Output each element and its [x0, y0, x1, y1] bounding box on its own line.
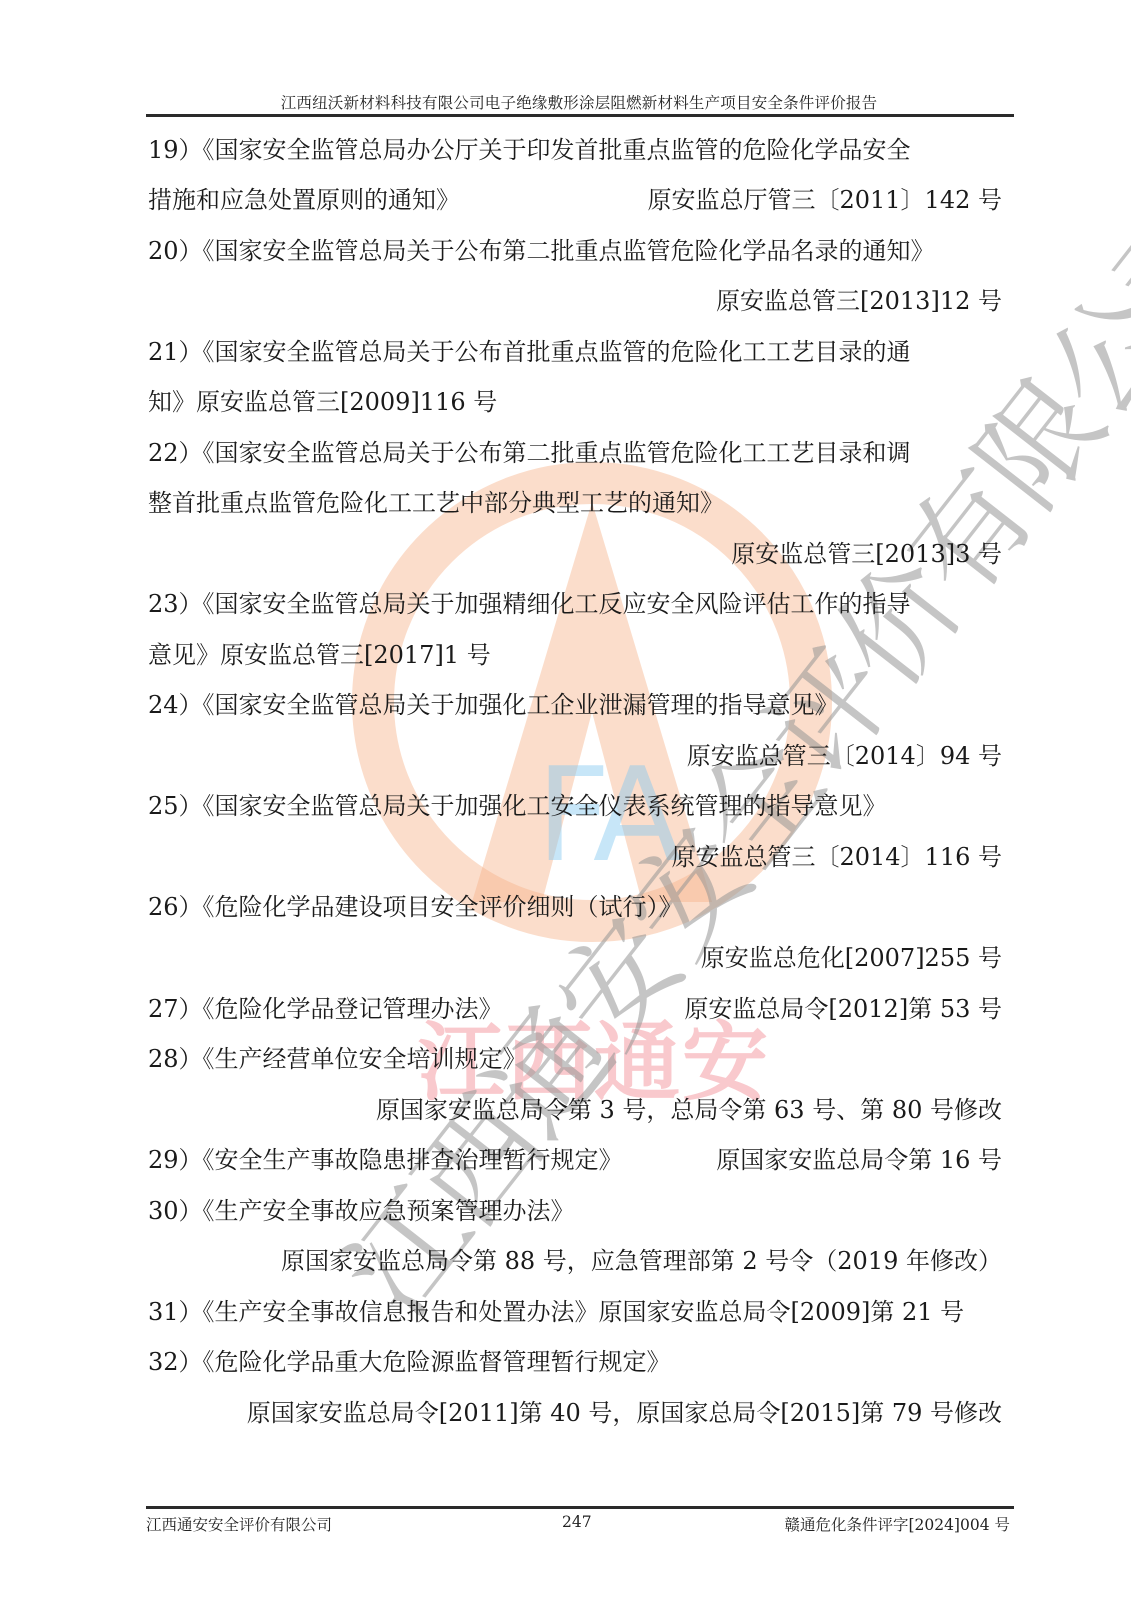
list-item-25-line-1: 25）《国家安全监管总局关于加强化工安全仪表系统管理的指导意见》	[148, 790, 1002, 822]
document-page: FA 江西通安 江西通安安全评价有限公司 江西纽沃新材料科技有限公司电子绝缘敷形…	[0, 0, 1131, 1600]
list-item-30-doc-number: 原国家安监总局令第 88 号，应急管理部第 2 号令（2019 年修改）	[148, 1245, 1002, 1277]
list-item-32-line-1: 32）《危险化学品重大危险源监督管理暂行规定》	[148, 1346, 1002, 1378]
footer-company: 江西通安安全评价有限公司	[146, 1513, 332, 1535]
list-item-24-line-1: 24）《国家安全监管总局关于加强化工企业泄漏管理的指导意见》	[148, 689, 1002, 721]
list-item-20-doc-number: 原安监总管三[2013]12 号	[148, 285, 1002, 317]
list-item-28-doc-number: 原国家安监总局令第 3 号，总局令第 63 号、第 80 号修改	[148, 1094, 1002, 1126]
list-item-20-line-1: 20）《国家安全监管总局关于公布第二批重点监管危险化学品名录的通知》	[148, 235, 1002, 267]
list-item-27-line-1: 27）《危险化学品登记管理办法》 原安监总局令[2012]第 53 号	[148, 993, 1002, 1025]
footer-page-number: 247	[562, 1513, 592, 1531]
list-item-32-doc-number: 原国家安监总局令[2011]第 40 号，原国家总局令[2015]第 79 号修…	[148, 1397, 1002, 1429]
list-item-25-doc-number: 原安监总管三〔2014〕116 号	[148, 841, 1002, 873]
list-item-doc-number: 原安监总局令[2012]第 53 号	[684, 993, 1002, 1025]
list-item-24-doc-number: 原安监总管三〔2014〕94 号	[148, 740, 1002, 772]
list-item-30-line-1: 30）《生产安全事故应急预案管理办法》	[148, 1195, 1002, 1227]
list-item-29-line-1: 29）《安全生产事故隐患排查治理暂行规定》 原国家安监总局令第 16 号	[148, 1144, 1002, 1176]
footer-divider	[146, 1506, 1014, 1509]
list-item-title-part: 27）《危险化学品登记管理办法》	[148, 993, 503, 1025]
list-item-19-line-2: 措施和应急处置原则的通知》 原安监总厅管三〔2011〕142 号	[148, 184, 1002, 216]
running-header-title: 江西纽沃新材料科技有限公司电子绝缘敷形涂层阻燃新材料生产项目安全条件评价报告	[148, 91, 1010, 113]
list-item-31-line-1: 31）《生产安全事故信息报告和处置办法》原国家安监总局令[2009]第 21 号	[148, 1296, 1002, 1328]
list-item-title-part: 29）《安全生产事故隐患排查治理暂行规定》	[148, 1144, 623, 1176]
list-item-23-line-1: 23）《国家安全监管总局关于加强精细化工反应安全风险评估工作的指导	[148, 588, 1002, 620]
list-item-26-line-1: 26）《危险化学品建设项目安全评价细则（试行）》	[148, 891, 1002, 923]
list-item-21-line-1: 21）《国家安全监管总局关于公布首批重点监管的危险化工工艺目录的通	[148, 336, 1002, 368]
list-item-28-line-1: 28）《生产经营单位安全培训规定》	[148, 1043, 1002, 1075]
list-item-doc-number: 原国家安监总局令第 16 号	[716, 1144, 1002, 1176]
list-item-19-line-1: 19）《国家安全监管总局办公厅关于印发首批重点监管的危险化学品安全	[148, 134, 1002, 166]
list-item-21-line-2: 知》原安监总管三[2009]116 号	[148, 386, 1002, 418]
header-divider	[146, 114, 1014, 117]
list-item-23-line-2: 意见》原安监总管三[2017]1 号	[148, 639, 1002, 671]
list-item-22-doc-number: 原安监总管三[2013]3 号	[148, 538, 1002, 570]
list-item-22-line-2: 整首批重点监管危险化工工艺中部分典型工艺的通知》	[148, 487, 1002, 519]
list-item-26-doc-number: 原安监总危化[2007]255 号	[148, 942, 1002, 974]
list-item-22-line-1: 22）《国家安全监管总局关于公布第二批重点监管危险化工工艺目录和调	[148, 437, 1002, 469]
footer-doc-number: 赣通危化条件评字[2024]004 号	[784, 1513, 1010, 1535]
list-item-title-part: 措施和应急处置原则的通知》	[148, 184, 460, 216]
list-item-doc-number: 原安监总厅管三〔2011〕142 号	[647, 184, 1002, 216]
